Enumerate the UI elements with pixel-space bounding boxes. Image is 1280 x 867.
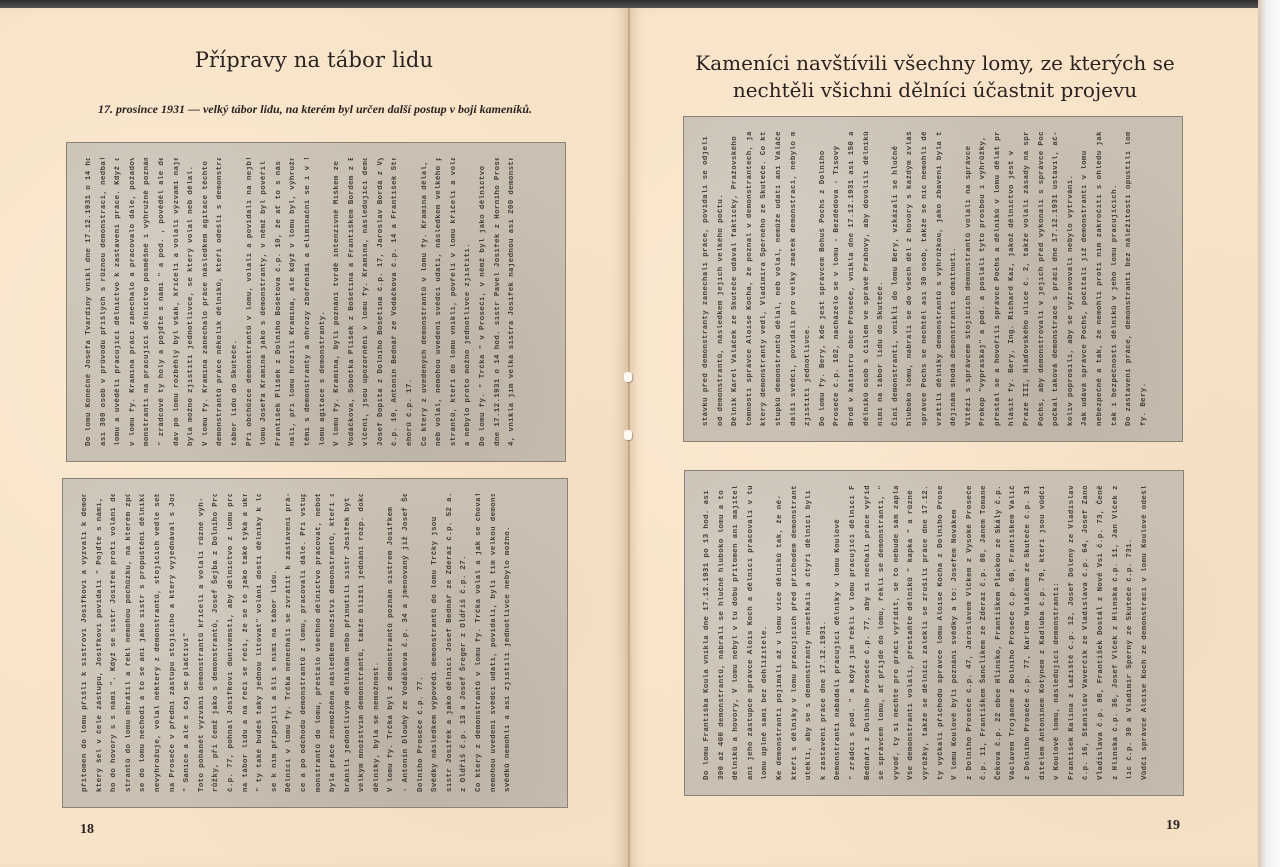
- typed-line: dělníků a hovory, V lomu nebyl v tu dobu…: [729, 486, 744, 780]
- typed-line: Do lomu Františka Koula vnikla dne 17.12…: [700, 486, 715, 780]
- typed-line: k zastavení práce dne 17.12.1931.: [817, 486, 832, 780]
- typed-line: Do lomu fy. " Trčka " v Proseči, v němž …: [476, 158, 491, 446]
- typed-line: přestal se a hovořili správce Pochs a dě…: [991, 132, 1006, 426]
- typed-line: Prokop "vypraskaj" a pod. a poslali tyto…: [976, 132, 991, 426]
- typed-line: ho do hovory s s námi ". Když se sistr J…: [107, 494, 122, 792]
- typed-line: dělníků osob s číslem ve správě Prahovy,…: [860, 132, 875, 426]
- right-page-title-line-1: Kameníci navštívili všechny lomy, ze kte…: [640, 50, 1230, 77]
- typed-line: Praze III, Hlaďovského ulice č. 2, takže…: [1020, 132, 1035, 426]
- typed-line: který šel v čele zástupu, Josífkovi poví…: [93, 494, 108, 792]
- typed-line: od demonstrantů, následkem jejich velkéh…: [714, 132, 729, 426]
- typed-line: - Antonín Dlouhý ze Vodáčkova č.p. 34 a …: [399, 494, 414, 792]
- typed-line: z Dolního Proseče č.p. 77, Karlem Valáčk…: [1021, 486, 1036, 780]
- typed-line: Václavem Trojanem z Dolního Proseče č.p.…: [1006, 486, 1021, 780]
- typed-line: sistr Josífek a jako dělníci Josef Bedná…: [443, 494, 458, 792]
- right-page-title-line-2: nechtěli všichni dělníci účastnit projev…: [640, 77, 1230, 104]
- typed-line: Do lomu fy. Bery, kde jest správcem Bohu…: [816, 132, 831, 426]
- typed-line: nevyhrožuje, volal některý z demonstrant…: [151, 494, 166, 792]
- typed-line: lomu úplně sami bez dohlížitele.: [758, 486, 773, 780]
- typed-line: a nebylo proto možno jednotlivce zjistit…: [461, 158, 476, 446]
- typed-line: ani jeho zástupce správce Alois Koch a d…: [744, 486, 759, 780]
- typed-line: lic č.p. 30 a Vladimír Sperný ze Skuteče…: [1123, 486, 1138, 780]
- typed-line: monstranti na pracující dělnictvo posměš…: [140, 158, 155, 446]
- typed-line: počkal taková demonstrace s prácí dne 17…: [1049, 132, 1064, 426]
- typed-line: Bednáři z Dolního Proseče č.p. 77, aby s…: [861, 486, 876, 780]
- typed-line: vyvoď, ty si nechte pro práci vyřídit, s…: [890, 486, 905, 780]
- typed-line: tábor lidu do Skuteče.: [228, 158, 243, 446]
- typed-line: nebezpečně a tak, že nemohli proti nim z…: [1093, 132, 1108, 426]
- typed-line: nemohou uvedení svědci udati, povídali, …: [487, 494, 502, 792]
- typed-line: František Kalina z Lažiště č.p. 12, Jose…: [1065, 486, 1080, 780]
- right-page-title: Kameníci navštívili všechny lomy, ze kte…: [640, 50, 1230, 104]
- typed-line: těmi s demonstranty a ohrozy zbořeními a…: [301, 158, 316, 446]
- typed-line: strantů, kteří do lomu vnikli, povřeli v…: [447, 158, 462, 446]
- typed-line: lomu Josefa Kramina jako s demonstranty,…: [257, 158, 272, 446]
- left-page-title: Přípravy na tábor lidu: [0, 48, 628, 72]
- typed-line: z Oldřiš č.p. 13 a Josef Šreger z Oldřiš…: [457, 494, 472, 792]
- typed-line: byla práce znemožněna následkem množství…: [326, 494, 341, 792]
- typed-line: 300 až 400 demonstrantů, nabrali se hluč…: [715, 486, 730, 780]
- typed-line: č.p. 11, Františkem Šanclíkem ze Zderaz …: [977, 486, 992, 780]
- typed-line: tomnosti správce Aloise Kocha, že poznal…: [743, 132, 758, 426]
- typed-report-image-top-right: stávku před demonstranty zanechali práce…: [683, 116, 1183, 442]
- staple-top: [624, 372, 632, 382]
- typed-line: lomu a uvěděli pracující dělnictvo k zas…: [111, 158, 126, 446]
- typed-line: dějinám shoda demonstranti odmítnuti.: [947, 132, 962, 426]
- typed-line: neb volal, nemohou uvedení svědci udati,…: [432, 158, 447, 446]
- typed-line: " Sanice a ale s čaj se plačtiví": [180, 494, 195, 792]
- typed-line: V lomu fy. Kramina zanechalo práce násle…: [199, 158, 214, 446]
- typed-line: V lomu fy. Trčka byl z demonstrantů pozn…: [384, 494, 399, 792]
- typed-line: ehorů č.p. 17.: [403, 158, 418, 446]
- typed-line: monstrantů do lomu, přestalo všechno děl…: [312, 494, 327, 792]
- typed-line: bránili jednotlivým dělníkům nebo přinut…: [341, 494, 356, 792]
- page-number-right: 19: [1166, 818, 1180, 834]
- scan-right-margin: [1258, 0, 1280, 867]
- typed-line: Vodáčkova, Sobotka Plíšek z Bošetina a F…: [345, 158, 360, 446]
- typed-line: růžky, při čemž jako s demonstrantů, Jos…: [209, 494, 224, 792]
- typed-line: " zrádcové ty holy a pojďte s námi " a p…: [155, 158, 170, 446]
- typed-line: z Dolního Proseče č.p. 47, Jaroslavem Vl…: [963, 486, 978, 780]
- typed-line: lomu agitace s demonstranty.: [316, 158, 331, 446]
- typed-line: správce Pochs se nechtěl asi 30 osob, ta…: [918, 132, 933, 426]
- typed-text-block: přítomen do lomu přišli k sistrovi Josíf…: [78, 494, 552, 792]
- typed-line: stupků demonstrantů dělal, neb volal, ne…: [772, 132, 787, 426]
- typed-line: Co který z demonstrantů v lomu fy. Trčka…: [472, 494, 487, 792]
- staple-bottom: [624, 430, 632, 440]
- typed-line: na tábor lidu a na řeči se řeči, že se t…: [239, 494, 254, 792]
- typed-line: Do lomu Konečné Josefa Tvardiny vnikl dn…: [82, 158, 97, 446]
- typed-line: Proseče č.p. 102, nacházelo se v lomu - …: [830, 132, 845, 426]
- typed-line: Toto pohánět vyzvání demonstrantů křičel…: [195, 494, 210, 792]
- typed-line: hlásit fy. Bery, Ing. Richard Kaz, jakož…: [1005, 132, 1020, 426]
- typed-line: Do zastavení práce, demonstranti bez nál…: [1122, 132, 1137, 426]
- typed-line: kteří s dělníky v lomu pracujících před …: [788, 486, 803, 780]
- typed-line: asi 300 osob v průvodu přišlých s různou…: [97, 158, 112, 446]
- typed-line: který demonstranty vedl, Vladimíra Spern…: [757, 132, 772, 426]
- typed-line: dne 17.12.1931 o 14 hod. sistr Pavel Jos…: [491, 158, 506, 446]
- typed-line: svědků nemohli a asi zjistili jednotlivc…: [501, 494, 516, 792]
- typed-line: nali, při lomu hrozili Kramina, ale když…: [286, 158, 301, 446]
- typed-line: v lomu fy. Kramina práci zanechalo a pra…: [126, 158, 141, 446]
- typed-line: Vladislava č.p. 80, František Dostál z N…: [1094, 486, 1109, 780]
- typed-report-image-bottom-right: Do lomu Františka Koula vnikla dne 17.12…: [684, 470, 1184, 796]
- typed-line: " ty také budeš taky jednou litovat" vol…: [253, 494, 268, 792]
- typed-line: z Hlinska č.p. 36, Josef Vlček z Hlinska…: [1109, 486, 1124, 780]
- typed-line: V lomu Koulově byli poznáni svědky a to:…: [948, 486, 963, 780]
- typed-line: Vůdčí správce Aloise Koch ze demonstraci…: [1138, 486, 1153, 780]
- typed-line: přítomen do lomu přišli k sistrovi Josíf…: [78, 494, 93, 792]
- typed-line: Ke demonstranti pojímali až v lomu více …: [773, 486, 788, 780]
- typed-text-block: Do lomu Františka Koula vnikla dne 17.12…: [700, 486, 1168, 780]
- typed-line: byla možno zjistiti jednotlivce, se kter…: [184, 158, 199, 446]
- typed-line: č.p. 16, Stanislav Vaverčík ze Vladislav…: [1079, 486, 1094, 780]
- typed-line: " zrádci s pod. " a když jim řekli v lom…: [846, 486, 861, 780]
- typed-line: nimi na tábor lidu do Skuteče.: [874, 132, 889, 426]
- typed-line: č.p. 77, pohnal Josífkovi dunivemsti, ab…: [224, 494, 239, 792]
- typed-line: se správcem lomu, ať přijde do lomu, řek…: [875, 486, 890, 780]
- typed-line: Brod v katastru obce Proseče, vnikla dne…: [845, 132, 860, 426]
- typed-line: Čekova č.p. 22 obce Hlinsko, Františkem …: [992, 486, 1007, 780]
- typed-line: zjistiti jednotlivce.: [801, 132, 816, 426]
- typed-line: vlčení, jsou upozorněni v lomu fy. Krami…: [359, 158, 374, 446]
- typed-report-image-bottom-left: přítomen do lomu přišli k sistrovi Josíf…: [62, 478, 568, 808]
- typed-line: Dělníci v lomu fy. Trčka nenechali se zv…: [282, 494, 297, 792]
- typed-line: Demonstranti nabádali pracující dělníky …: [831, 486, 846, 780]
- typed-line: koliv poprosili, aby se vyžravovali neby…: [1064, 132, 1079, 426]
- typed-line: stávku před demonstranty zanechali práce…: [699, 132, 714, 426]
- typed-line: Josef Dopita z Dolního Bošetina č.p. 17,…: [374, 158, 389, 446]
- typed-line: V lomu fy. Kramina, byli poznáni tvrdě i…: [330, 158, 345, 446]
- typed-line: Dolního Proseče č.p. 77.: [414, 494, 429, 792]
- typed-line: dělníky, byla se nemožnost.: [370, 494, 385, 792]
- typed-line: František Plíšek z Dolního Bošetova č.p.…: [272, 158, 287, 446]
- typed-line: Vše demonstranti volali, přestaňte dělní…: [904, 486, 919, 780]
- left-page-caption: 17. prosince 1931 — velký tábor lidu, na…: [70, 101, 560, 117]
- typed-text-block: stávku před demonstranty zanechali práce…: [699, 132, 1167, 426]
- typed-line: ty vyčkali příchodu správce lomu Aloise …: [934, 486, 949, 780]
- typed-text-block: Do lomu Konečné Josefa Tvardiny vnikl dn…: [82, 158, 550, 446]
- typed-line: na Proseče v přední zástupu stojícího a …: [166, 494, 181, 792]
- typed-line: Vítězí s správcem stojících demonstrantů…: [962, 132, 977, 426]
- typed-line: velkým množstvím demonstrantů, takže bli…: [355, 494, 370, 792]
- typed-line: tak i bezpečnosti dělníků v jeho lomu pr…: [1108, 132, 1123, 426]
- typed-line: Činí demonstranti, vnikli do lomu Bery, …: [889, 132, 904, 426]
- page-number-left: 18: [80, 822, 94, 838]
- typed-line: Při obchůzce demonstrantů v lomu, volali…: [243, 158, 258, 446]
- typed-line: ditelem Antonínem Kotýnem z Kadluba č.p.…: [1036, 486, 1051, 780]
- typed-line: č.p. 10, Antonín Bednář ze Vodáčkova č.p…: [388, 158, 403, 446]
- typed-line: hluboko lomu, nabrali se do všech děl z …: [903, 132, 918, 426]
- typed-line: Dělník Karel Valáček ze Skuteče udával f…: [728, 132, 743, 426]
- typed-line: Jak udává správce Pochs, počítali již de…: [1078, 132, 1093, 426]
- typed-line: v Koulově lomu, následující demonstranti…: [1050, 486, 1065, 780]
- typed-line: se k nim připojili a šli s nimi na tábor…: [268, 494, 283, 792]
- typed-line: se do lomu nechodí a to se ani jako sist…: [136, 494, 151, 792]
- typed-line: Co který z uvedených demonstrantů v lomu…: [418, 158, 433, 446]
- typed-line: fy. Bery.: [1137, 132, 1152, 426]
- typed-line: ce a po odchodu demonstrantů z lomu, pra…: [297, 494, 312, 792]
- typed-line: dav po lomu rozběhlý byl však, křičeli a…: [170, 158, 185, 446]
- typed-line: Pochs, aby demonstrovali v jejich před v…: [1035, 132, 1050, 426]
- typed-line: Svědky následkem výpovědi demonstrantů d…: [428, 494, 443, 792]
- typed-line: další svědci, povídali pro velký zmatek …: [787, 132, 802, 426]
- typed-line: utekli, aby se s demonstranty nesetkali …: [802, 486, 817, 780]
- typed-line: 4, vnikla jim velká sistra Josífek najed…: [505, 158, 520, 446]
- typed-line: strantů do lomu obrátil a řekl nemohou p…: [122, 494, 137, 792]
- typed-line: výrůžky, takže se dělníci zalekli se zru…: [919, 486, 934, 780]
- typed-line: demonstrantů práce několik dělníků, kteř…: [213, 158, 228, 446]
- typed-report-image-top-left: Do lomu Konečné Josefa Tvardiny vnikl dn…: [66, 142, 566, 462]
- typed-line: vrátili dělníky demonstrantů s výhrůžkou…: [933, 132, 948, 426]
